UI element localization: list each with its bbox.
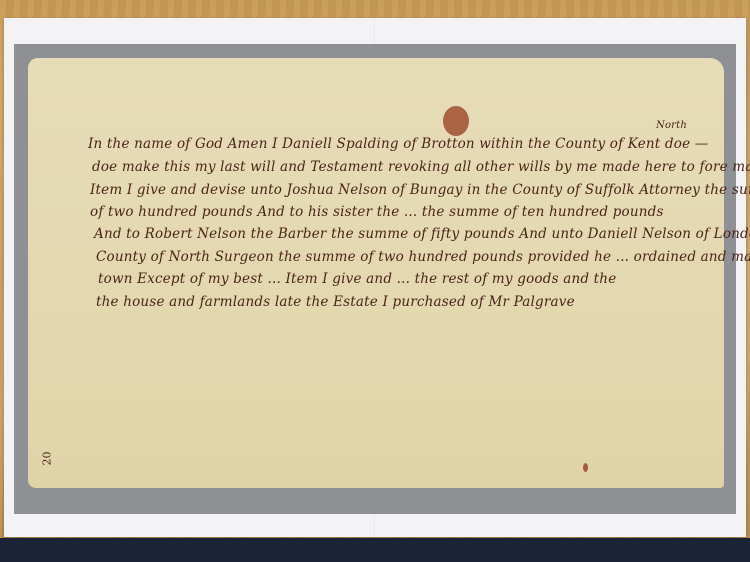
manuscript-line-1: In the name of God Amen I Daniell Spaldi… — [88, 136, 708, 152]
floor-carpet — [0, 538, 750, 562]
manuscript-line-7: town Except of my best ... Item I give a… — [98, 271, 616, 287]
manuscript-line-2: doe make this my last will and Testament… — [92, 159, 750, 175]
ink-blot — [443, 106, 469, 136]
copy-frame: North In the name of God Amen I Daniell … — [14, 44, 736, 514]
manuscript-line-4: of two hundred pounds And to his sister … — [90, 204, 664, 220]
manuscript-line-3: Item I give and devise unto Joshua Nelso… — [90, 182, 750, 198]
printed-sheet: North In the name of God Amen I Daniell … — [4, 18, 746, 537]
manuscript-line-5: And to Robert Nelson the Barber the summ… — [94, 226, 750, 242]
manuscript-line-8: the house and farmlands late the Estate … — [96, 294, 575, 310]
marginal-note: North — [656, 120, 687, 131]
manuscript-line-6: County of North Surgeon the summe of two… — [96, 249, 750, 265]
page-number: 20 — [41, 452, 54, 466]
ink-spot — [583, 463, 588, 472]
manuscript-page: North In the name of God Amen I Daniell … — [28, 58, 724, 488]
